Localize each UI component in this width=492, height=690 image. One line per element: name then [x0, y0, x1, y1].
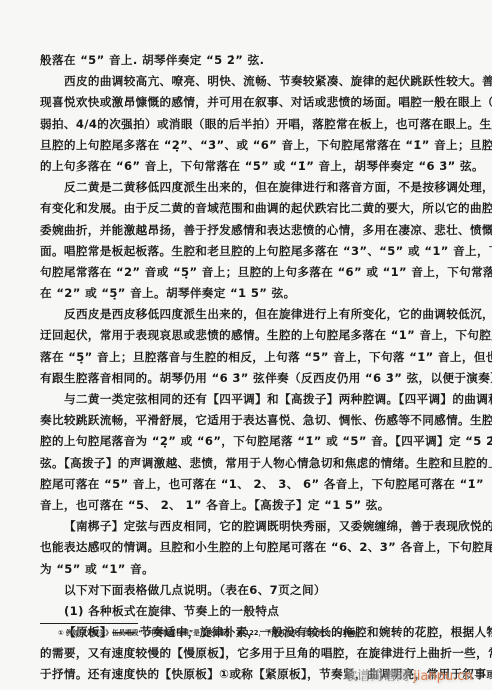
- text-line: 旦腔的上句腔尾多落在 “2̣”、“3̇”、或 “6” 音上，下句腔尾常落在 “1…: [40, 135, 444, 156]
- text-line: 迂回起伏，常用于表现哀思或悲愤的感情。生腔的上句腔尾多落在 “1” 音上，下句腔…: [40, 325, 444, 346]
- text-line: 弱拍、4/4的次强拍）或消眼（眼的后半拍）开唱，落腔常在板上，也可落在眼上。生腔…: [40, 114, 444, 135]
- text-line: 的上句多落在 “6̇” 音上，下句常落在 “5̇” 或 “1̇” 音上，胡琴伴奏…: [40, 156, 444, 177]
- text-line: 弦。【高拨子】的声调激越、悲愤，常用于人物心情急切和焦虑的情绪。生腔和旦腔的上句: [40, 453, 444, 474]
- text-line: 现喜悦欢快或激昂慷慨的感情，并可用在叙事、对话或悲愤的场面。唱腔一般在眼上（2/…: [40, 92, 444, 113]
- text-line: 的需要，又有速度较慢的【慢原板】，它多用于旦角的唱腔，在旋律进行上曲折一些，常用: [40, 643, 444, 664]
- text-line: 有变化和发展。由于反二黄的音域范围和曲调的起伏跌宕比二黄的要大，所以它的曲腔更为: [40, 198, 444, 219]
- text-line: 以下对下面表格做几点说明。（表在6、7页之间）: [40, 580, 444, 601]
- text-line: 腔尾可落在 “5” 音上，也可落在 “1、 2、 3、 6” 各音上，下句腔尾可…: [40, 474, 444, 495]
- text-line: 有跟生腔落音相同的。胡琴仍用 “6 3̇” 弦伴奏（反西皮仍用 “6 3̇” 弦…: [40, 368, 444, 389]
- watermark-latin: jianpu.cn: [413, 669, 472, 684]
- body-text: 般落在 “5” 音上. 胡琴伴奏定 “5 2̇” 弦.西皮的曲调较高亢、嘹亮、明…: [40, 50, 444, 686]
- text-line: 面。唱腔常是板起板落。生腔和老旦腔的上句腔尾多落在 “3”、“5” 或 “1” …: [40, 241, 444, 262]
- footnote-divider: [40, 623, 138, 624]
- text-line: 也能表达感叹的情调。旦腔和小生腔的上句腔尾可落在 “6、2、3” 各音上，下句腔…: [40, 537, 444, 558]
- text-line: 在 “2” 或 “5̣” 音上。胡琴伴奏定 “1 5” 弦。: [40, 283, 444, 304]
- watermark-cjk: 歌谱简谱网: [344, 669, 413, 684]
- text-line: 句腔尾常落在 “2” 音或 “5̣” 音上；旦腔的上句多落在 “6” 或 “1”…: [40, 262, 444, 283]
- text-line: (1) 各种板式在旋律、节奏上的一般特点: [40, 601, 444, 622]
- text-line: 与二黄一类定弦相同的还有【四平调】和【高拨子】两种腔调。【四平调】的曲调和节: [40, 389, 444, 410]
- document-page: 般落在 “5” 音上. 胡琴伴奏定 “5 2̇” 弦.西皮的曲调较高亢、嘹亮、明…: [0, 0, 492, 690]
- footnote: ① 例如《文昭关》伍员唱段“心中有事难合眼”是【快原板】，♩=122，下段再加快…: [58, 626, 362, 640]
- text-line: 落在 “5̣” 音上；旦腔落音与生腔的相反，上句落 “5” 音上，下句落 “1̇…: [40, 347, 444, 368]
- text-line: 反二黄是二黄移低四度派生出来的，但在旋律进行和落音方面，不是按移调处理，而是: [40, 177, 444, 198]
- text-line: 为 “5” 或 “1” 音。: [40, 559, 444, 580]
- text-line: 奏比较跳跃流畅，平滑舒展，它适用于表达喜悦、急切、惆怅、伤感等不同感情。生腔和旦: [40, 410, 444, 431]
- text-line: 【南梆子】定弦与西皮相同，它的腔调既明快秀丽，又委婉缠绵，善于表现欣悦的情怀，: [40, 516, 444, 537]
- watermark: 歌谱简谱网 jianpu.cn: [344, 665, 473, 684]
- text-line: 委婉曲折，并能激越昂扬，善于抒发感情和表达悲愤的心情，多用在凄凉、悲壮、愤慨的场: [40, 220, 444, 241]
- text-line: 西皮的曲调较高亢、嘹亮、明快、流畅、节奏较紧凑、旋律的起伏跳跃性较大。善于表: [40, 71, 444, 92]
- text-line: 腔的上句腔尾落音为 “2̣” 或 “6”，下句腔尾落 “1̇” 或 “5” 音。…: [40, 431, 444, 452]
- page-number: · 5 ·: [422, 647, 439, 657]
- text-line: 音上，也可落在 “5、 2、 1” 各音上。【高拨子】定 “1 5” 弦。: [40, 495, 444, 516]
- text-line: 反西皮是西皮移低四度派生出来的，但在旋律进行上有所变化，它的曲调较低沉，旋律: [40, 304, 444, 325]
- text-line: 般落在 “5” 音上. 胡琴伴奏定 “5 2̇” 弦.: [40, 50, 444, 71]
